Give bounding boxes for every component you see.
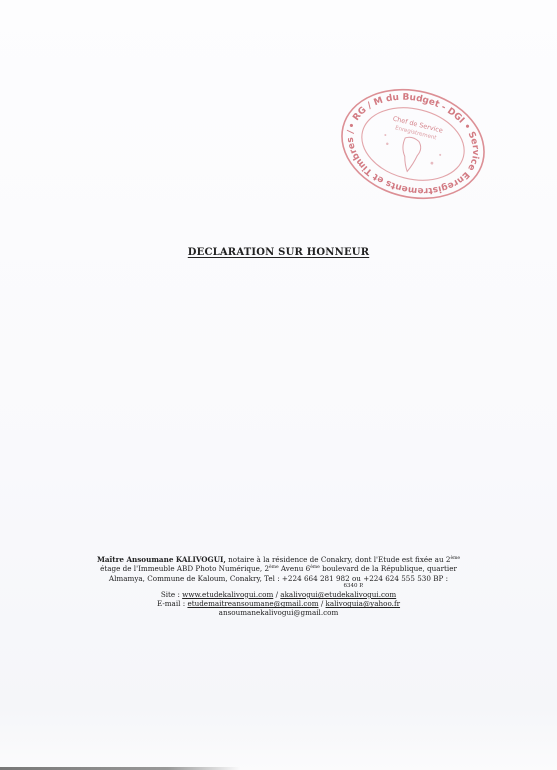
notary-letterhead-footer: Maître Ansoumane KALIVOGUI, notaire à la… [66,555,491,618]
site-email-link[interactable]: akalivogui@etudekalivogui.com [280,590,396,599]
document-title: DECLARATION SUR HONNEUR [0,247,557,258]
document-page: • RG / M du Budget - DGI • Service Enreg… [0,0,557,770]
official-stamp: • RG / M du Budget - DGI • Service Enreg… [327,72,500,217]
document-title-text: DECLARATION SUR HONNEUR [188,247,369,258]
footer-site-line: Site : www.etudekalivogui.com / akalivog… [66,590,491,599]
footer-line-3: Almamya, Commune de Kaloum, Conakry, Tel… [66,574,491,583]
footer-email-line-2: ansoumanekalivogui@gmail.com [66,608,491,617]
email-link-1[interactable]: etudemaitreansoumane@gmail.com [187,599,318,608]
footer-line-2: étage de l'Immeuble ABD Photo Numérique,… [66,564,491,573]
footer-email-line: E-mail : etudemaitreansoumane@gmail.com … [66,599,491,608]
notary-name: Maître Ansoumane KALIVOGUI, [97,555,226,564]
email-link-2[interactable]: kalivoguia@yahoo.fr [326,599,401,608]
stamp-seal-icon: • RG / M du Budget - DGI • Service Enreg… [327,72,500,217]
footer-line-1: Maître Ansoumane KALIVOGUI, notaire à la… [66,555,491,564]
svg-text:• RG / M du Budget - DGI • Ser: • RG / M du Budget - DGI • Service Enreg… [335,79,491,209]
footer-bp: 6340 P. [66,583,491,590]
site-link[interactable]: www.etudekalivogui.com [182,590,273,599]
